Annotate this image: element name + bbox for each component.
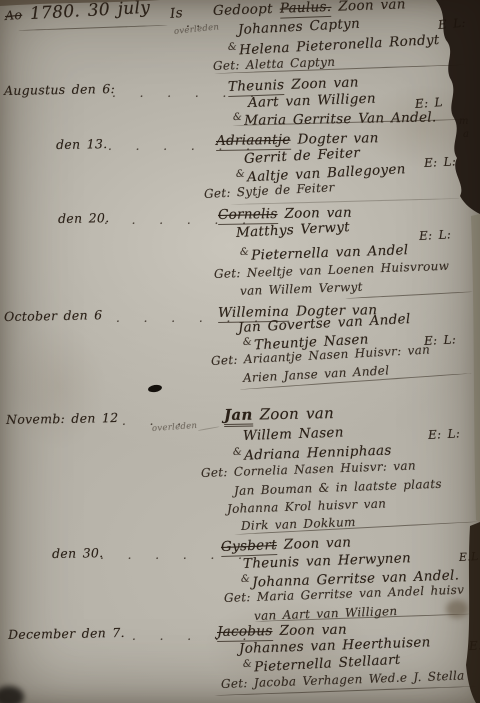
- entry-date: den 30.: [52, 545, 104, 561]
- child-type: Dogter van: [297, 130, 378, 147]
- separator-line: [345, 291, 473, 299]
- el-mark: E.L: [459, 550, 479, 564]
- child-type: Zoon van: [279, 622, 347, 639]
- child-name: Cornelis: [218, 206, 278, 225]
- child-type: Zoon van: [338, 0, 406, 15]
- father-name: Johannes Captyn: [238, 16, 361, 38]
- entry-date: den 20.: [58, 210, 110, 226]
- marginal-note: overleden: [152, 421, 198, 434]
- father-name: Willem Nasen: [243, 424, 344, 444]
- mother-line: &Maria Gerritse Van Andel.: [233, 108, 437, 129]
- margin-mark: a: [463, 129, 469, 140]
- corner-smudge: [0, 686, 24, 703]
- father-name: Aart van Willigen: [248, 91, 376, 111]
- el-mark: E L:: [437, 16, 466, 32]
- marginal-note: overleden: [173, 22, 219, 37]
- witness-line: Arien Janse van Andel: [243, 363, 390, 385]
- heading-date: 1780. 30 july: [29, 0, 150, 24]
- witness-line: Jan Bouman & in laatste plaats: [234, 477, 442, 498]
- child-type: Zoon van: [284, 534, 352, 552]
- entry-date: October den 6: [4, 307, 103, 324]
- heading-is: Is: [169, 5, 183, 22]
- entry-date: December den 7.: [8, 625, 125, 642]
- amp-sign: &: [233, 447, 243, 458]
- edge-mid-right: [471, 214, 480, 522]
- amp-sign: &: [228, 42, 238, 53]
- entry-child-line: JanZoon van: [224, 404, 334, 424]
- child-name: Jan: [224, 406, 253, 427]
- witness-line: Get: Sytje de Feiter: [204, 180, 335, 201]
- amp-sign: &: [241, 574, 251, 585]
- child-name: Gysbert: [221, 537, 278, 557]
- margin-mark: m: [459, 116, 469, 127]
- child-type: Zoon van: [291, 74, 359, 92]
- amp-sign: &: [233, 112, 242, 123]
- el-mark: E.: [469, 638, 480, 653]
- entry-date: Augustus den 6:: [4, 81, 115, 98]
- heading-underline: [18, 25, 168, 32]
- el-mark: E: L:: [424, 154, 457, 170]
- amp-sign: &: [240, 247, 250, 258]
- note-arrow-line: [198, 426, 220, 431]
- amp-sign: &: [236, 169, 246, 180]
- child-name: Paulus.: [280, 0, 332, 19]
- entry-date: Novemb: den 12: [6, 410, 119, 427]
- entry-date: den 13.: [56, 136, 108, 152]
- amp-sign: &: [243, 337, 253, 348]
- el-mark: E: L:: [419, 227, 452, 243]
- paper-smudge: [446, 600, 468, 618]
- witness-line: van Willem Verwyt: [240, 280, 363, 298]
- baptized-word: Gedoopt: [213, 1, 273, 19]
- entry-child-line: GedooptPaulus.Zoon van: [213, 0, 406, 19]
- witness-line: Johanna Krol huisvr van: [227, 496, 387, 516]
- mother-name: Maria Gerritse Van Andel.: [244, 109, 437, 128]
- el-mark: E: L:: [428, 426, 461, 442]
- ink-blob: [147, 384, 162, 393]
- register-page: Ao 1780. 30 july Is . . GedooptPaulus.Zo…: [0, 0, 480, 703]
- amp-sign: &: [243, 659, 253, 670]
- witness-line: van Aart van Willigen: [254, 604, 398, 623]
- anno-marker: Ao: [4, 7, 22, 23]
- child-type: Zoon van: [259, 404, 334, 423]
